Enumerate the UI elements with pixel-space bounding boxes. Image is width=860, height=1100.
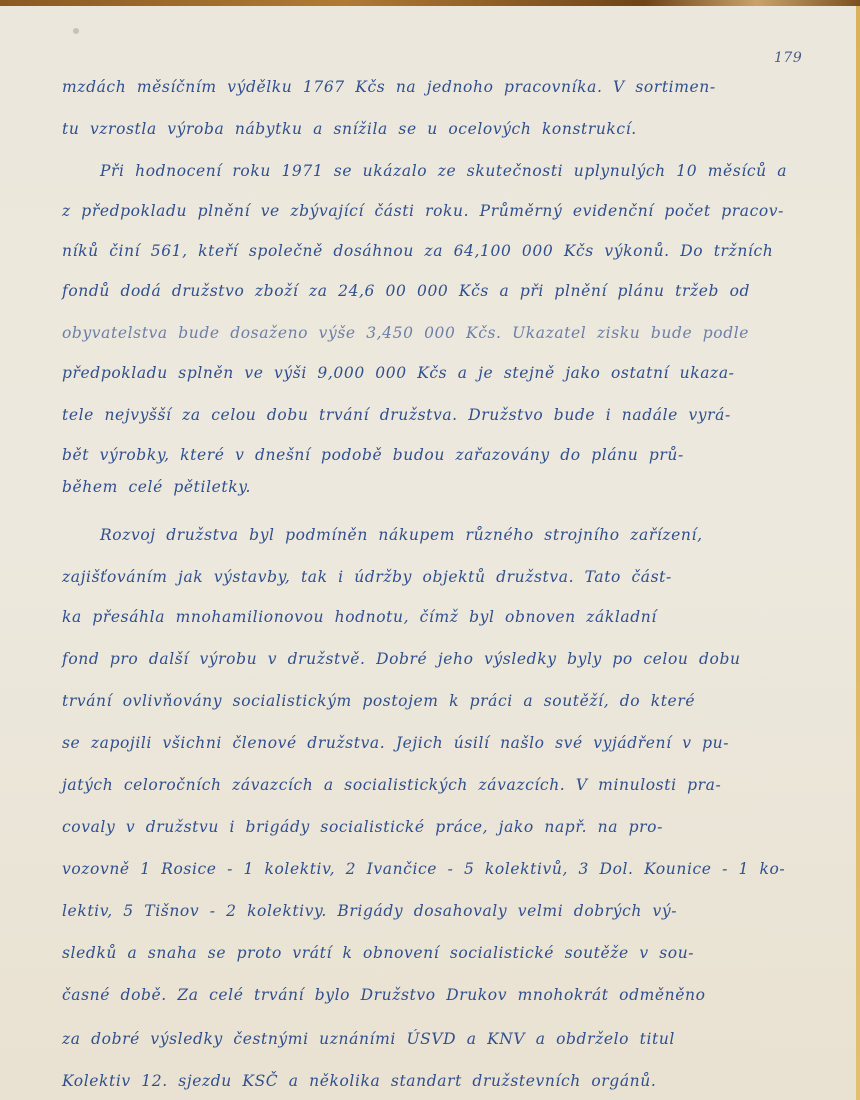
text-line: Kolektiv 12. sjezdu KSČ a několika stand… [62,1072,656,1090]
text-line: časné době. Za celé trvání bylo Družstvo… [62,986,706,1004]
handwritten-page: 179 mzdách měsíčním výdělku 1767 Kčs na … [0,6,856,1100]
text-line: z předpokladu plnění ve zbývající části … [62,202,784,220]
text-line: covaly v družstvu i brigády socialistick… [62,818,663,836]
paper-speck [73,28,79,34]
text-line: jatých celoročních závazcích a socialist… [62,776,721,794]
text-line: zajišťováním jak výstavby, tak i údržby … [62,568,672,586]
text-line: se zapojili všichni členové družstva. Je… [62,734,729,752]
text-line: mzdách měsíčním výdělku 1767 Kčs na jedn… [62,78,716,96]
text-line: ka přesáhla mnohamilionovou hodnotu, čím… [62,608,657,626]
text-line: předpokladu splněn ve výši 9,000 000 Kčs… [62,364,735,382]
text-line: obyvatelstva bude dosaženo výše 3,450 00… [62,324,749,342]
text-line: fondů dodá družstvo zboží za 24,6 00 000… [62,282,750,300]
text-line: tu vzrostla výroba nábytku a snížila se … [62,120,637,138]
text-line: bět výrobky, které v dnešní podobě budou… [62,446,684,464]
text-line: tele nejvyšší za celou dobu trvání družs… [62,406,731,424]
text-line: níků činí 561, kteří společně dosáhnou z… [62,242,773,260]
text-line: během celé pětiletky. [62,478,251,496]
text-line: sledků a snaha se proto vrátí k obnovení… [62,944,694,962]
paragraph-start-line: Rozvoj družstva byl podmíněn nákupem růz… [100,526,703,544]
book-right-edge [856,6,860,1100]
text-line: fond pro další výrobu v družstvě. Dobré … [62,650,741,668]
text-line: za dobré výsledky čestnými uznáními ÚSVD… [62,1030,675,1048]
text-line: vozovně 1 Rosice - 1 kolektiv, 2 Ivančic… [62,860,785,878]
page-number: 179 [774,50,802,66]
paragraph-start-line: Při hodnocení roku 1971 se ukázalo ze sk… [100,162,787,180]
text-line: lektiv, 5 Tišnov - 2 kolektivy. Brigády … [62,902,677,920]
text-line: trvání ovlivňovány socialistickým postoj… [62,692,695,710]
